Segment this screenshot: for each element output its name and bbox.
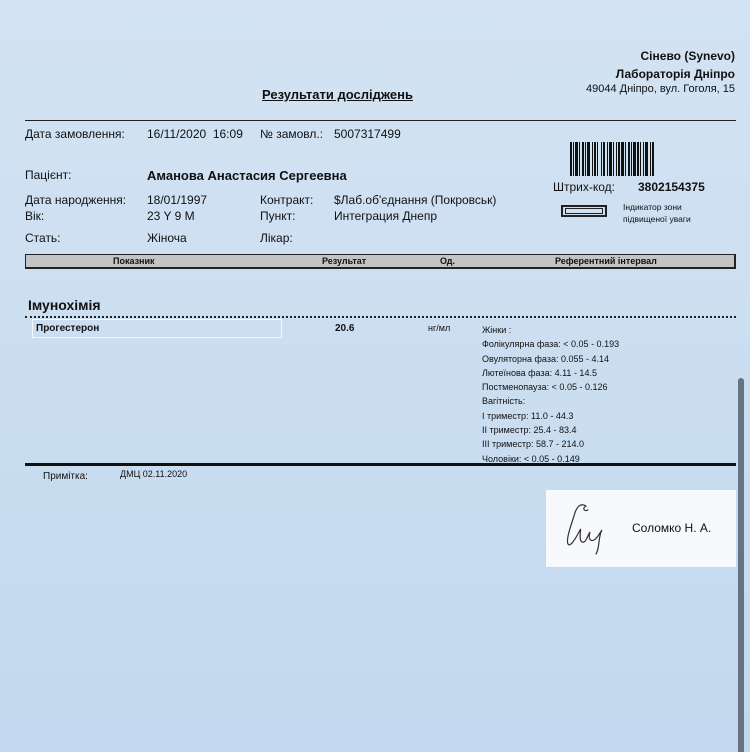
- reference-line: І триместр: 11.0 - 44.3: [482, 409, 619, 423]
- signature-block: Соломко Н. А.: [546, 490, 736, 567]
- column-header-reference: Референтний інтервал: [555, 256, 657, 266]
- signer-name: Соломко Н. А.: [632, 521, 711, 535]
- age-label: Вік:: [25, 209, 44, 223]
- patient-name-value: Аманова Анастасия Сергеевна: [147, 168, 347, 183]
- column-header-result: Результат: [322, 256, 366, 266]
- test-name: Прогестерон: [32, 319, 282, 338]
- reference-interval: Жінки :Фолікулярна фаза: < 0.05 - 0.193О…: [482, 323, 619, 466]
- reference-line: ІІ триместр: 25.4 - 83.4: [482, 423, 619, 437]
- document-title: Результати досліджень: [262, 87, 413, 102]
- barcode-value: 3802154375: [638, 180, 705, 194]
- scrollbar-thumb[interactable]: [738, 378, 744, 752]
- lab-name: Сінево (Synevo): [641, 49, 735, 63]
- handwritten-signature-icon: [558, 498, 618, 558]
- results-table-header: Показник Результат Од. Референтний інтер…: [25, 254, 736, 269]
- reference-line: Лютеїнова фаза: 4.11 - 14.5: [482, 366, 619, 380]
- column-header-unit: Од.: [440, 256, 455, 266]
- section-divider: [25, 316, 736, 318]
- note-value: ДМЦ 02.11.2020: [120, 469, 187, 479]
- patient-name-label: Пацієнт:: [25, 168, 71, 182]
- reference-line: Фолікулярна фаза: < 0.05 - 0.193: [482, 337, 619, 351]
- note-label: Примітка:: [43, 471, 88, 482]
- order-number-value: 5007317499: [334, 127, 401, 141]
- barcode-icon: [570, 142, 686, 176]
- reference-line: Овуляторна фаза: 0.055 - 4.14: [482, 352, 619, 366]
- contract-label: Контракт:: [260, 193, 313, 207]
- section-title: Імунохімія: [28, 297, 101, 313]
- header-divider: [25, 120, 736, 121]
- reference-line: ІІІ триместр: 58.7 - 214.0: [482, 437, 619, 451]
- test-name-text: Прогестерон: [36, 323, 99, 334]
- column-header-test: Показник: [113, 256, 155, 266]
- lab-address: 49044 Дніпро, вул. Гоголя, 15: [586, 83, 735, 95]
- reference-line: Жінки :: [482, 323, 619, 337]
- contract-value: $Лаб.об'єднання (Покровськ): [334, 193, 496, 207]
- sex-value: Жіноча: [147, 231, 187, 245]
- doctor-label: Лікар:: [260, 231, 293, 245]
- order-number-label: № замовл.:: [260, 127, 323, 141]
- order-date-label: Дата замовлення:: [25, 127, 125, 141]
- results-end-divider: [25, 463, 736, 466]
- dob-value: 18/01/1997: [147, 193, 207, 207]
- sex-label: Стать:: [25, 231, 61, 245]
- barcode-label: Штрих-код:: [553, 180, 615, 194]
- test-unit: нг/мл: [428, 323, 450, 333]
- reference-line: Вагітність:: [482, 394, 619, 408]
- lab-branch: Лабораторія Дніпро: [616, 67, 735, 81]
- order-date-value: 16/11/2020 16:09: [147, 127, 243, 141]
- attention-zone-indicator-label: Індикатор зони підвищеної уваги: [623, 201, 713, 225]
- dob-label: Дата народження:: [25, 193, 126, 207]
- point-value: Интеграция Днепр: [334, 209, 437, 223]
- reference-line: Постменопауза: < 0.05 - 0.126: [482, 380, 619, 394]
- test-result: 20.6: [335, 323, 354, 334]
- point-label: Пункт:: [260, 209, 295, 223]
- attention-zone-indicator-icon: [561, 205, 607, 217]
- age-value: 23 Y 9 M: [147, 209, 195, 223]
